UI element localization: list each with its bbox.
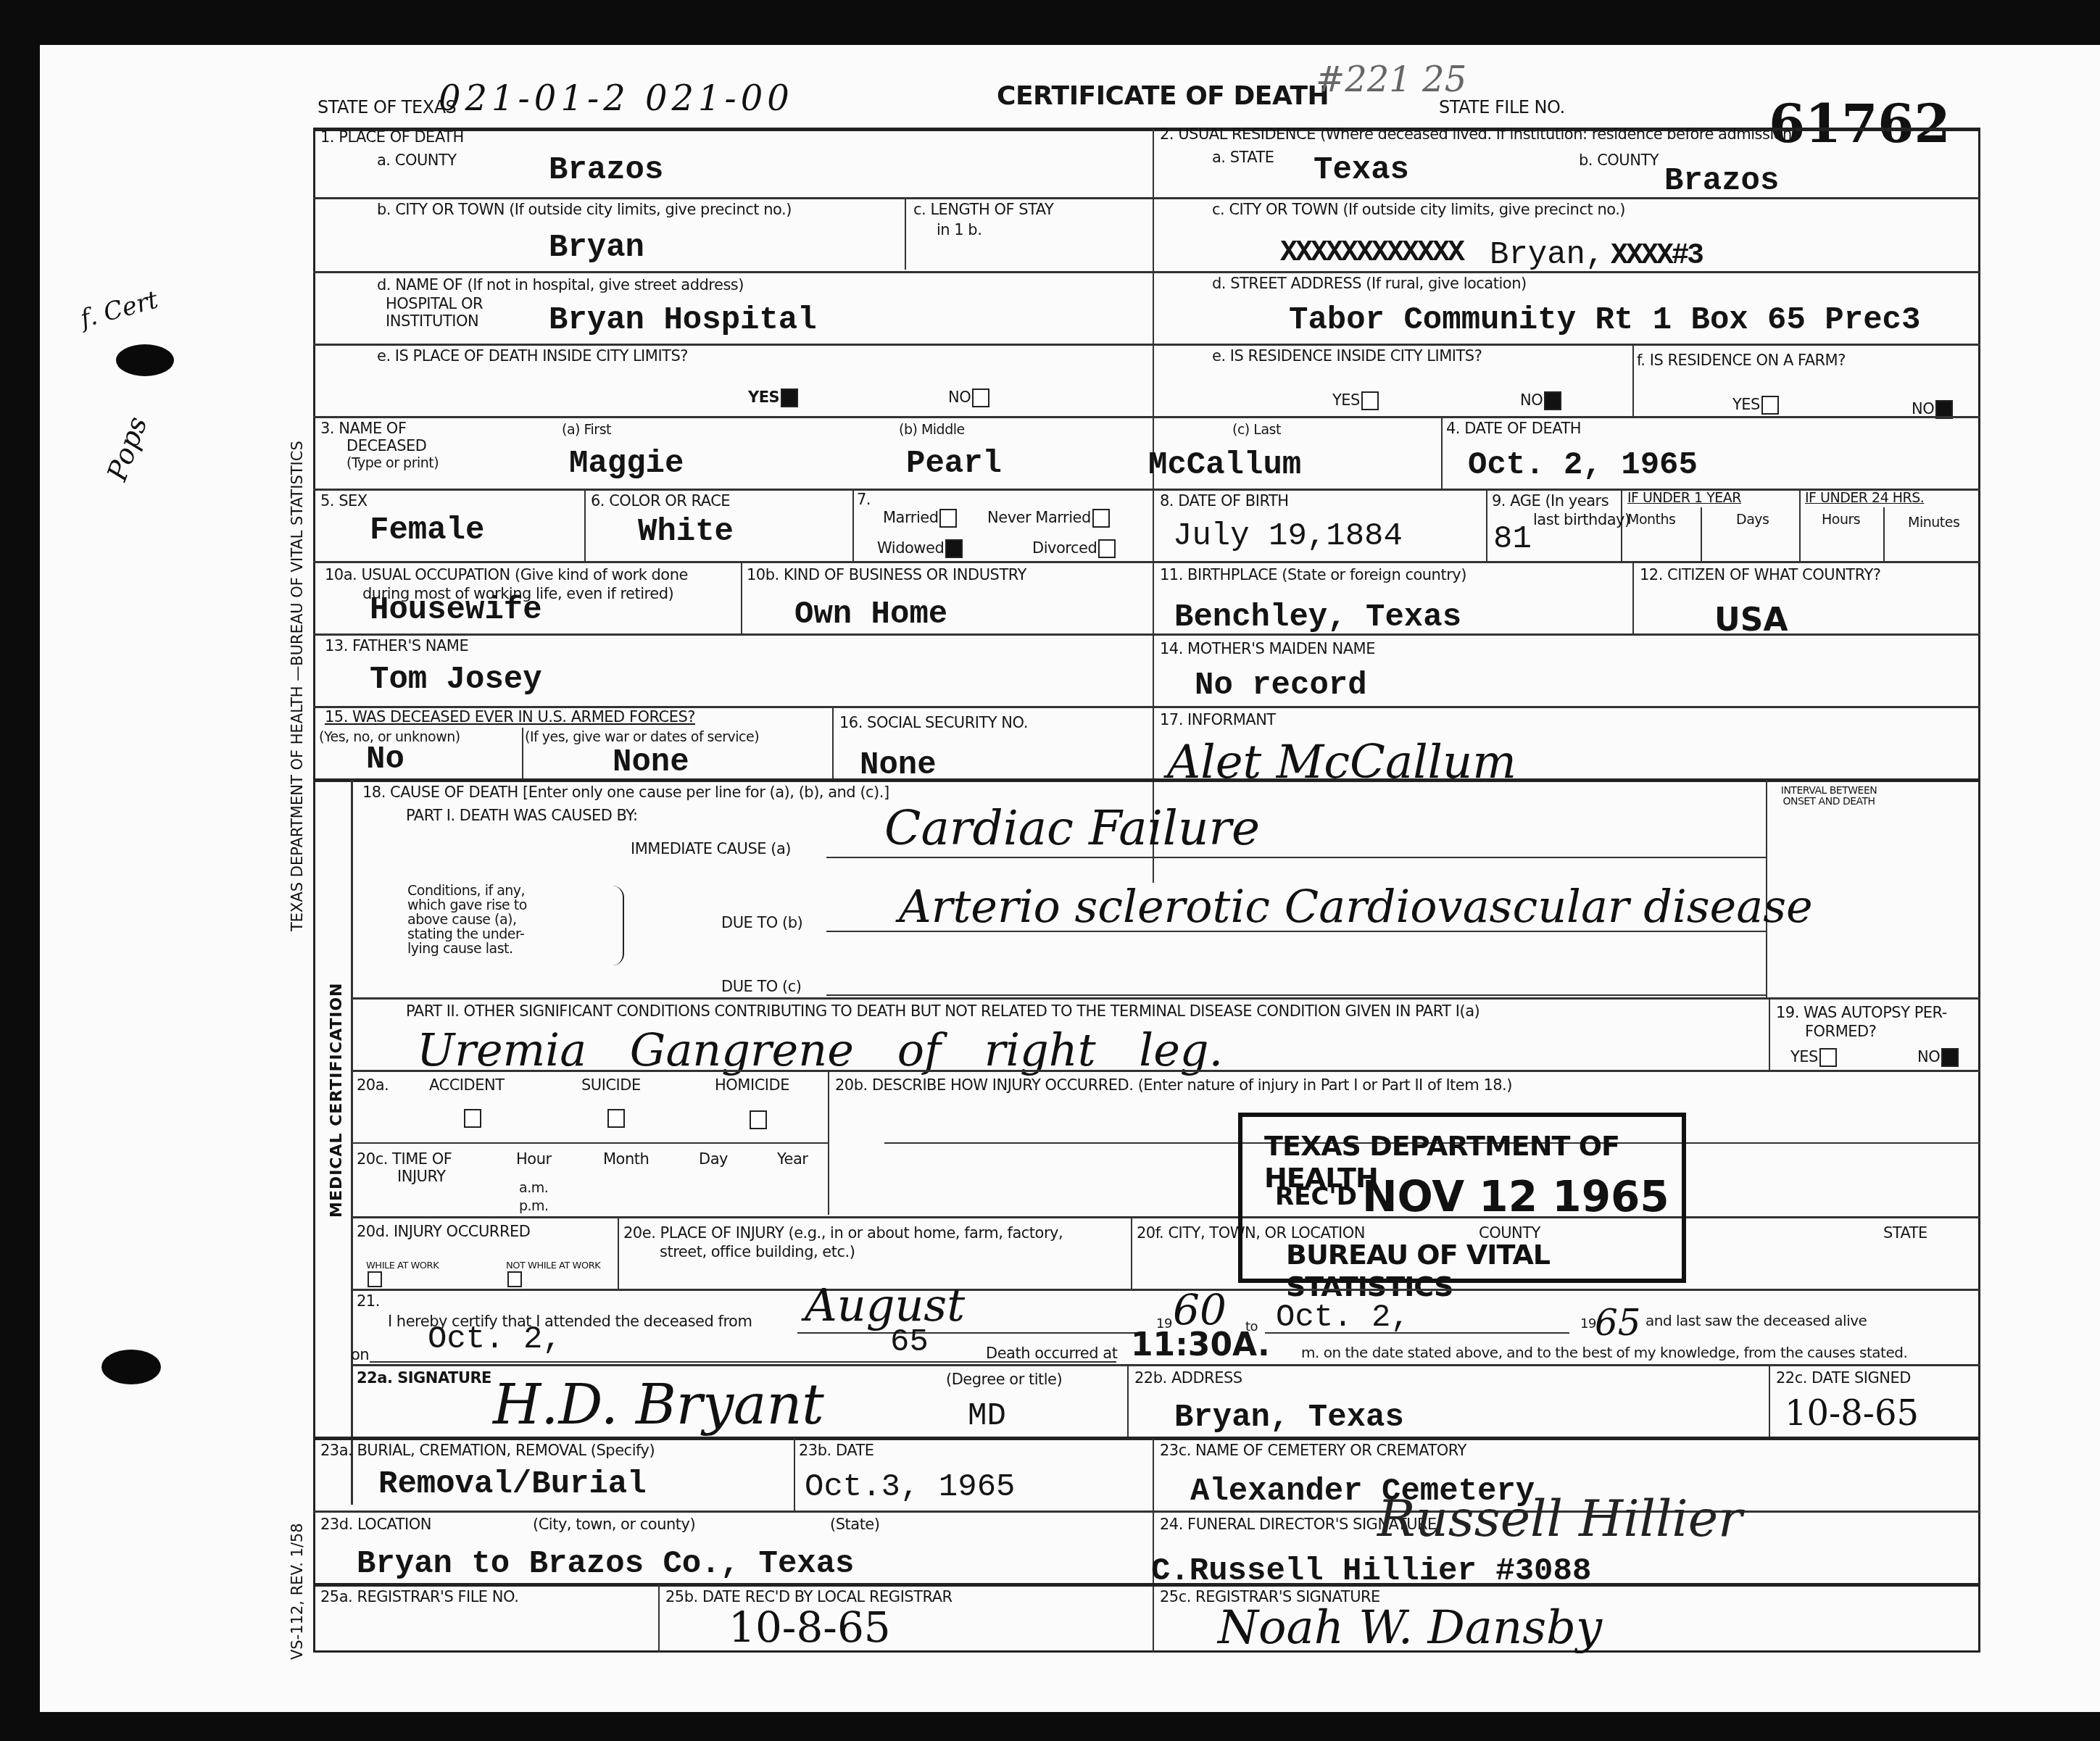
due-to-b-value: Arterio sclerotic Cardiovascular disease (899, 884, 1813, 929)
sex-label: 5. SEX (320, 493, 368, 509)
injury-occurred-label: 20d. INJURY OCCURRED (357, 1223, 530, 1239)
minutes-label: Minutes (1908, 516, 1959, 531)
pm-label: p.m. (519, 1200, 549, 1214)
part2-label: PART II. OTHER SIGNIFICANT CONDITIONS CO… (406, 1003, 1479, 1019)
immediate-cause-label: IMMEDIATE CAUSE (a) (631, 841, 791, 857)
ssn-label: 16. SOCIAL SECURITY NO. (839, 715, 1028, 731)
state-file-label: STATE FILE NO. (1439, 99, 1565, 117)
injury-time-label-2: INJURY (397, 1168, 446, 1184)
received-stamp: TEXAS DEPARTMENT OF HEALTH REC'D NOV 12 … (1238, 1113, 1686, 1283)
marital-divorced[interactable]: Divorced (1032, 539, 1116, 558)
registrar-signature: Noah W. Dansby (1218, 1605, 1602, 1651)
death-city-label: b. CITY OR TOWN (If outside city limits,… (377, 201, 792, 217)
death-city-value: Bryan (549, 232, 644, 264)
dob-label: 8. DATE OF BIRTH (1160, 493, 1289, 509)
residence-city-value: Bryan, (1490, 239, 1604, 271)
armed-forces-label: 15. WAS DECEASED EVER IN U.S. ARMED FORC… (325, 709, 695, 725)
day-label: Day (699, 1151, 728, 1167)
injury-a-label: 20a. (357, 1077, 389, 1093)
age-label: 9. AGE (In years (1492, 493, 1609, 509)
form-number-vertical-label: VS-112, REV. 1/58 (289, 1523, 306, 1660)
burial-date-label: 23b. DATE (799, 1442, 874, 1458)
am-label: a.m. (519, 1181, 548, 1196)
residence-county-label: b. COUNTY (1579, 152, 1659, 168)
place-of-injury-label-2: street, office building, etc.) (660, 1244, 855, 1260)
immediate-cause-value: Cardiac Failure (884, 805, 1260, 852)
age-label-2: last birthday) (1533, 512, 1630, 528)
autopsy-yes[interactable]: YES (1790, 1048, 1837, 1067)
on-label: on (351, 1347, 369, 1363)
informant-label: 17. INFORMANT (1160, 712, 1276, 728)
residence-inside-city-yes[interactable]: YES (1332, 391, 1379, 410)
last-name-value: McCallum (1148, 449, 1301, 481)
hours-label: Hours (1822, 513, 1860, 528)
months-label: Months (1627, 513, 1675, 528)
marital-label: 7. (857, 491, 871, 507)
date-signed-value: 10-8-65 (1785, 1396, 1919, 1431)
death-county-label: a. COUNTY (377, 152, 457, 168)
registrar-recd-value: 10-8-65 (729, 1606, 891, 1648)
accident-label: ACCIDENT (429, 1077, 505, 1093)
under-year-label: IF UNDER 1 YEAR (1627, 491, 1741, 506)
burial-location-value: Bryan to Brazos Co., Texas (357, 1548, 855, 1580)
injury-time-label: 20c. TIME OF (357, 1151, 452, 1167)
funeral-director-signature: Russell Hillier (1377, 1493, 1743, 1544)
agency-vertical-label: TEXAS DEPARTMENT OF HEALTH —BUREAU OF VI… (289, 441, 306, 931)
on-year-value: 65 (890, 1326, 929, 1358)
death-occurred-label: Death occurred at (986, 1345, 1117, 1361)
days-label: Days (1736, 513, 1769, 528)
interval-label: INTERVAL BETWEEN ONSET AND DEATH (1775, 786, 1883, 807)
month-label: Month (603, 1151, 649, 1167)
autopsy-label: 19. WAS AUTOPSY PER- (1776, 1005, 1947, 1021)
last-name-label: (c) Last (1232, 423, 1281, 438)
autopsy-label-2: FORMED? (1805, 1023, 1876, 1039)
father-label: 13. FATHER'S NAME (325, 638, 468, 654)
middle-name-label: (b) Middle (899, 423, 965, 438)
hospital-label-3: INSTITUTION (386, 313, 478, 329)
burial-type-value: Removal/Burial (378, 1468, 647, 1500)
armed-forces-sub-2: (If yes, give war or dates of service) (525, 731, 759, 745)
marital-never-married[interactable]: Never Married (987, 509, 1110, 528)
deceased-name-label-2: DECEASED (346, 438, 427, 454)
certification-text-2: and last saw the deceased alive (1645, 1313, 1867, 1329)
first-name-value: Maggie (569, 448, 684, 480)
under-day-label: IF UNDER 24 HRS. (1805, 491, 1924, 506)
marital-widowed[interactable]: Widowed (877, 539, 963, 558)
cause-of-death-label: 18. CAUSE OF DEATH [Enter only one cause… (362, 784, 889, 800)
homicide-checkbox[interactable] (750, 1110, 767, 1129)
race-label: 6. COLOR OR RACE (591, 493, 730, 509)
middle-name-value: Pearl (906, 448, 1002, 480)
part2-value: Uremia Gangrene of right leg. (417, 1028, 1223, 1073)
certification-text-3: m. on the date stated above, and to the … (1301, 1345, 1907, 1360)
burial-type-label: 23a. BURIAL, CREMATION, REMOVAL (Specify… (320, 1442, 655, 1458)
date-of-death-value: Oct. 2, 1965 (1468, 449, 1698, 481)
burial-date-value: Oct.3, 1965 (805, 1471, 1015, 1503)
punch-hole-top (116, 344, 174, 376)
attended-from-value: August (805, 1283, 965, 1328)
death-inside-city-yes[interactable]: YES (748, 388, 798, 407)
part1-label: PART I. DEATH WAS CAUSED BY: (406, 807, 637, 823)
address-label: 22b. ADDRESS (1134, 1370, 1242, 1386)
accident-checkbox[interactable] (464, 1109, 481, 1128)
to-date-value: Oct. 2, (1276, 1302, 1410, 1334)
death-inside-city-no[interactable]: NO (948, 388, 989, 407)
sex-value: Female (370, 515, 484, 547)
hour-label: Hour (516, 1151, 552, 1167)
citizen-value: USA (1714, 604, 1788, 636)
death-county-value: Brazos (549, 154, 663, 186)
ssn-value: None (860, 749, 937, 781)
residence-inside-city-label: e. IS RESIDENCE INSIDE CITY LIMITS? (1212, 348, 1482, 364)
occupation-value: Housewife (370, 594, 542, 626)
date-signed-label: 22c. DATE SIGNED (1776, 1370, 1911, 1386)
citizen-label: 12. CITIZEN OF WHAT COUNTRY? (1640, 567, 1880, 583)
death-time-value: 11:30A. (1131, 1329, 1270, 1361)
first-name-label: (a) First (562, 423, 611, 438)
armed-service-value: None (613, 747, 689, 778)
signature-label: 22a. SIGNATURE (357, 1370, 491, 1386)
degree-label: (Degree or title) (946, 1371, 1062, 1387)
race-value: White (638, 516, 734, 548)
father-value: Tom Josey (370, 664, 542, 696)
certificate-title: CERTIFICATE OF DEATH (997, 83, 1329, 110)
dob-value: July 19,1884 (1173, 520, 1403, 552)
while-at-work[interactable]: WHILE AT WORK (366, 1261, 446, 1287)
not-while-at-work[interactable]: NOT WHILE AT WORK (506, 1261, 607, 1287)
hospital-value: Bryan Hospital (549, 304, 817, 336)
burial-location-label: 23d. LOCATION (320, 1516, 431, 1532)
residence-farm-yes[interactable]: YES (1732, 396, 1779, 415)
age-value: 81 (1493, 523, 1532, 555)
residence-state-value: Texas (1313, 154, 1409, 186)
registrar-file-label: 25a. REGISTRAR'S FILE NO. (320, 1589, 518, 1605)
residence-farm-label: f. IS RESIDENCE ON A FARM? (1637, 352, 1846, 368)
deceased-name-label-3: (Type or print) (346, 457, 439, 471)
business-value: Own Home (794, 599, 947, 631)
deceased-name-label: 3. NAME OF (320, 420, 406, 436)
death-inside-city-label: e. IS PLACE OF DEATH INSIDE CITY LIMITS? (377, 348, 688, 364)
hospital-label: d. NAME OF (If not in hospital, give str… (377, 277, 744, 293)
homicide-label: HOMICIDE (715, 1077, 789, 1093)
residence-state-label: a. STATE (1212, 149, 1274, 165)
state-of-texas-label: STATE OF TEXAS (318, 99, 456, 117)
on-date-value: Oct. 2, (428, 1324, 562, 1355)
cemetery-label: 23c. NAME OF CEMETERY OR CREMATORY (1160, 1442, 1466, 1458)
physician-signature: H.D. Bryant (493, 1377, 824, 1432)
certification-number: 21. (357, 1293, 380, 1309)
address-value: Bryan, Texas (1174, 1402, 1404, 1434)
occupation-label: 10a. USUAL OCCUPATION (Give kind of work… (325, 567, 688, 583)
conditions-note: Conditions, if any, which gave rise to a… (407, 884, 527, 957)
injury-b-label: 20b. DESCRIBE HOW INJURY OCCURRED. (Ente… (835, 1077, 1512, 1093)
mother-value: No record (1195, 670, 1367, 702)
from-year-value: 60 (1173, 1289, 1227, 1331)
birthplace-value: Benchley, Texas (1174, 602, 1461, 633)
year-label: Year (777, 1151, 808, 1167)
due-to-b-label: DUE TO (b) (721, 915, 802, 931)
residence-label: 2. USUAL RESIDENCE (Where deceased lived… (1160, 126, 1798, 142)
due-to-c-label: DUE TO (c) (721, 978, 801, 994)
to-year-value: 65 (1595, 1305, 1641, 1341)
birthplace-label: 11. BIRTHPLACE (State or foreign country… (1160, 567, 1466, 583)
residence-street-value: Tabor Community Rt 1 Box 65 Prec3 (1289, 304, 1920, 336)
business-label: 10b. KIND OF BUSINESS OR INDUSTRY (747, 567, 1026, 583)
date-of-death-label: 4. DATE OF DEATH (1446, 420, 1581, 436)
place-of-death-label: 1. PLACE OF DEATH (320, 129, 464, 145)
hospital-label-2: HOSPITAL OR (386, 296, 483, 312)
length-of-stay-label: c. LENGTH OF STAY (913, 201, 1053, 217)
residence-county-value: Brazos (1664, 165, 1779, 197)
degree-value: MD (968, 1400, 1006, 1432)
burial-location-sub-1: (City, town, or county) (533, 1516, 695, 1532)
residence-street-label: d. STREET ADDRESS (If rural, give locati… (1212, 275, 1527, 291)
to-year-prefix: 19 (1580, 1318, 1596, 1331)
place-of-injury-label: 20e. PLACE OF INJURY (e.g., in or about … (623, 1225, 1063, 1241)
residence-city-struck-2: XXXX#3 (1611, 242, 1702, 271)
suicide-checkbox[interactable] (607, 1109, 625, 1128)
residence-city-struck: XXXXXXXXXXXX (1280, 239, 1463, 268)
brace-icon (613, 886, 624, 965)
marital-married[interactable]: Married (883, 509, 957, 528)
mother-label: 14. MOTHER'S MAIDEN NAME (1160, 641, 1375, 657)
residence-city-label: c. CITY OR TOWN (If outside city limits,… (1212, 201, 1625, 217)
burial-location-sub-2: (State) (830, 1516, 879, 1532)
autopsy-no[interactable]: NO (1917, 1048, 1959, 1067)
punch-hole-bottom (101, 1350, 161, 1384)
handwritten-number: #221 25 (1316, 62, 1466, 97)
residence-inside-city-no[interactable]: NO (1520, 391, 1561, 410)
suicide-label: SUICIDE (581, 1077, 641, 1093)
length-of-stay-label-2: in 1 b. (937, 222, 981, 238)
handwritten-code: 021-01-2 021-00 (439, 81, 794, 116)
injury-state-label: STATE (1883, 1225, 1927, 1241)
armed-forces-value: No (366, 744, 404, 776)
